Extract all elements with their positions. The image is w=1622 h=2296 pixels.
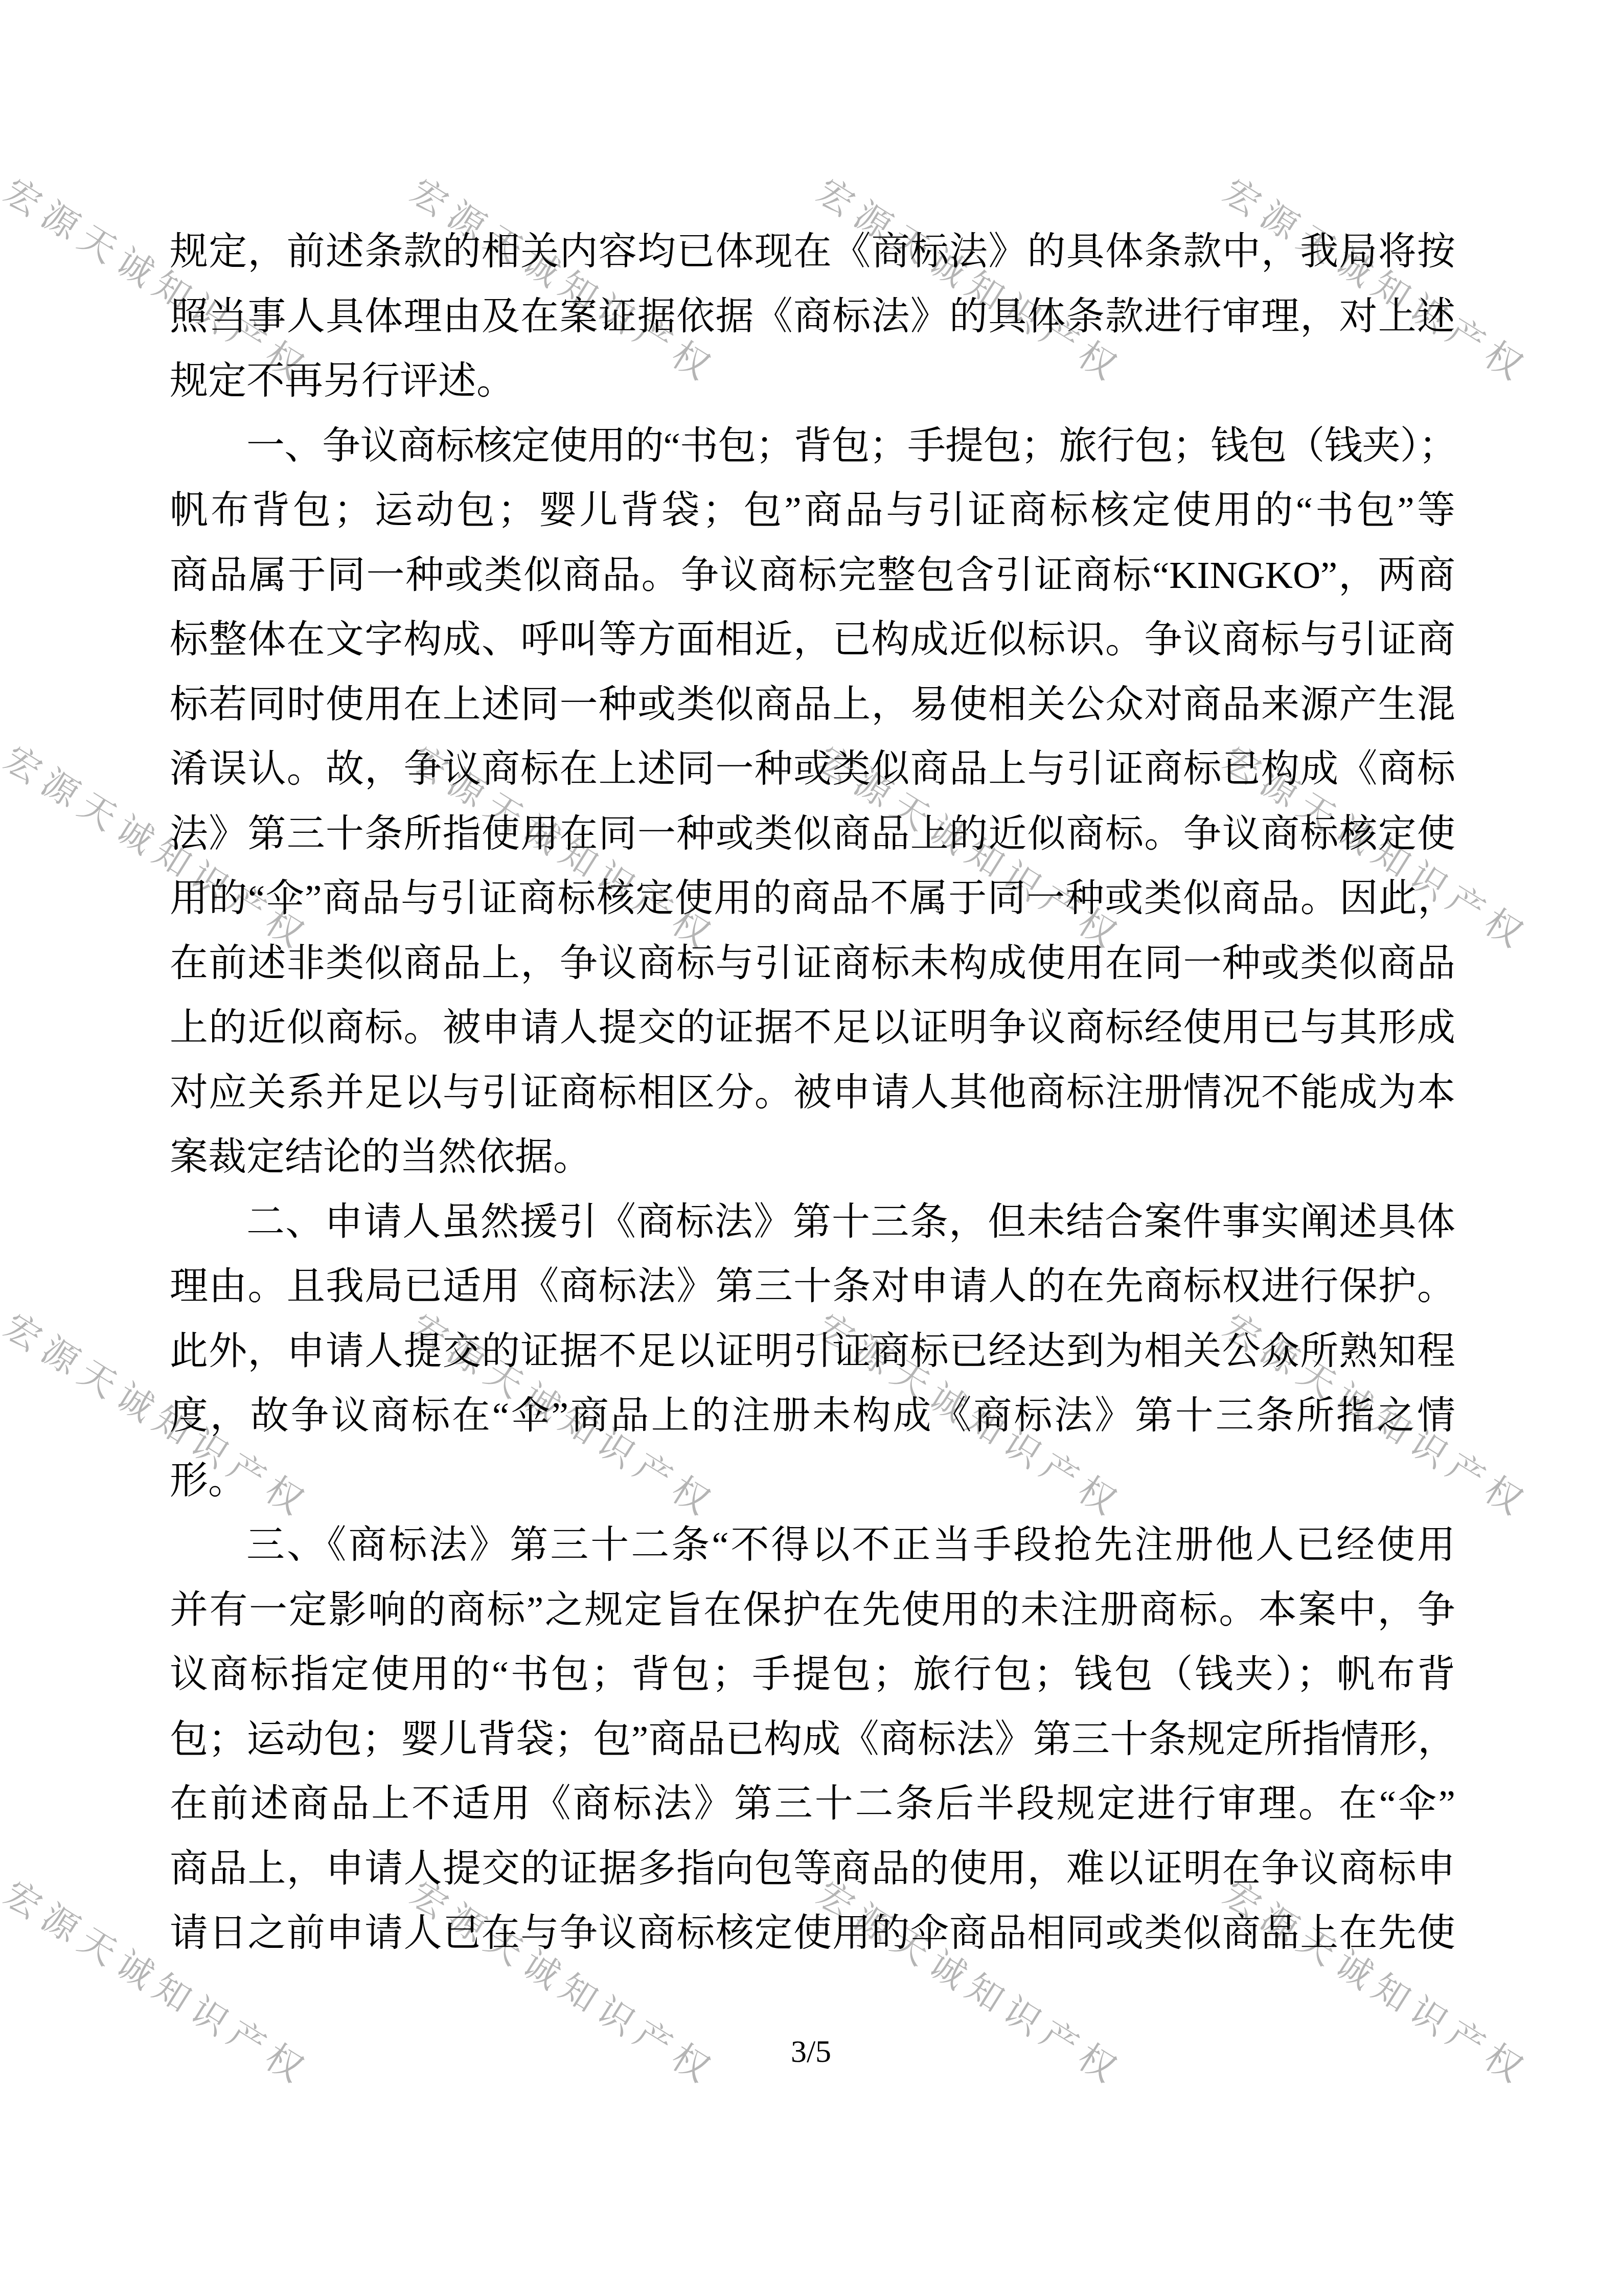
text-line: 请日之前申请人已在与争议商标核定使用的伞商品相同或类似商品上在先使 — [170, 1901, 1455, 1966]
text-line: 标若同时使用在上述同一种或类似商品上，易使相关公众对商品来源产生混 — [170, 673, 1455, 738]
text-line: 淆误认。故，争议商标在上述同一种或类似商品上与引证商标已构成《商标 — [170, 737, 1455, 802]
text-line: 案裁定结论的当然依据。 — [170, 1125, 1455, 1190]
page-number: 3/5 — [0, 2034, 1622, 2070]
text-line: 法》第三十条所指使用在同一种或类似商品上的近似商标。争议商标核定使 — [170, 802, 1455, 867]
text-line: 在前述非类似商品上，争议商标与引证商标未构成使用在同一种或类似商品 — [170, 931, 1455, 996]
text-line: 一、争议商标核定使用的“书包；背包；手提包；旅行包；钱包（钱夹）； — [170, 414, 1455, 479]
text-line: 商品属于同一种或类似商品。争议商标完整包含引证商标“KINGKO”，两商 — [170, 543, 1455, 608]
document-body: 规定，前述条款的相关内容均已体现在《商标法》的具体条款中，我局将按照当事人具体理… — [170, 220, 1455, 1966]
text-line: 度，故争议商标在“伞”商品上的注册未构成《商标法》第十三条所指之情 — [170, 1384, 1455, 1449]
text-line: 包；运动包；婴儿背袋；包”商品已构成《商标法》第三十条规定所指情形， — [170, 1708, 1455, 1772]
document-page: 宏源天诚知识产权宏源天诚知识产权宏源天诚知识产权宏源天诚知识产权宏源天诚知识产权… — [0, 0, 1622, 2296]
text-line: 标整体在文字构成、呼叫等方面相近，已构成近似标识。争议商标与引证商 — [170, 608, 1455, 673]
text-line: 理由。且我局已适用《商标法》第三十条对申请人的在先商标权进行保护。 — [170, 1255, 1455, 1320]
text-line: 规定不再另行评述。 — [170, 349, 1455, 414]
text-line: 商品上，申请人提交的证据多指向包等商品的使用，难以证明在争议商标申 — [170, 1837, 1455, 1902]
text-line: 规定，前述条款的相关内容均已体现在《商标法》的具体条款中，我局将按 — [170, 220, 1455, 285]
text-line: 此外，申请人提交的证据不足以证明引证商标已经达到为相关公众所熟知程 — [170, 1320, 1455, 1384]
text-line: 照当事人具体理由及在案证据依据《商标法》的具体条款进行审理，对上述 — [170, 285, 1455, 350]
text-line: 上的近似商标。被申请人提交的证据不足以证明争议商标经使用已与其形成 — [170, 996, 1455, 1061]
text-line: 帆布背包；运动包；婴儿背袋；包”商品与引证商标核定使用的“书包”等 — [170, 479, 1455, 543]
text-line: 形。 — [170, 1449, 1455, 1514]
text-line: 用的“伞”商品与引证商标核定使用的商品不属于同一种或类似商品。因此， — [170, 867, 1455, 931]
text-line: 并有一定影响的商标”之规定旨在保护在先使用的未注册商标。本案中，争 — [170, 1578, 1455, 1643]
text-line: 三、《商标法》第三十二条“不得以不正当手段抢先注册他人已经使用 — [170, 1513, 1455, 1578]
text-line: 二、申请人虽然援引《商标法》第十三条，但未结合案件事实阐述具体 — [170, 1190, 1455, 1255]
text-line: 在前述商品上不适用《商标法》第三十二条后半段规定进行审理。在“伞” — [170, 1772, 1455, 1837]
text-line: 议商标指定使用的“书包；背包；手提包；旅行包；钱包（钱夹）；帆布背 — [170, 1643, 1455, 1708]
text-line: 对应关系并足以与引证商标相区分。被申请人其他商标注册情况不能成为本 — [170, 1061, 1455, 1126]
